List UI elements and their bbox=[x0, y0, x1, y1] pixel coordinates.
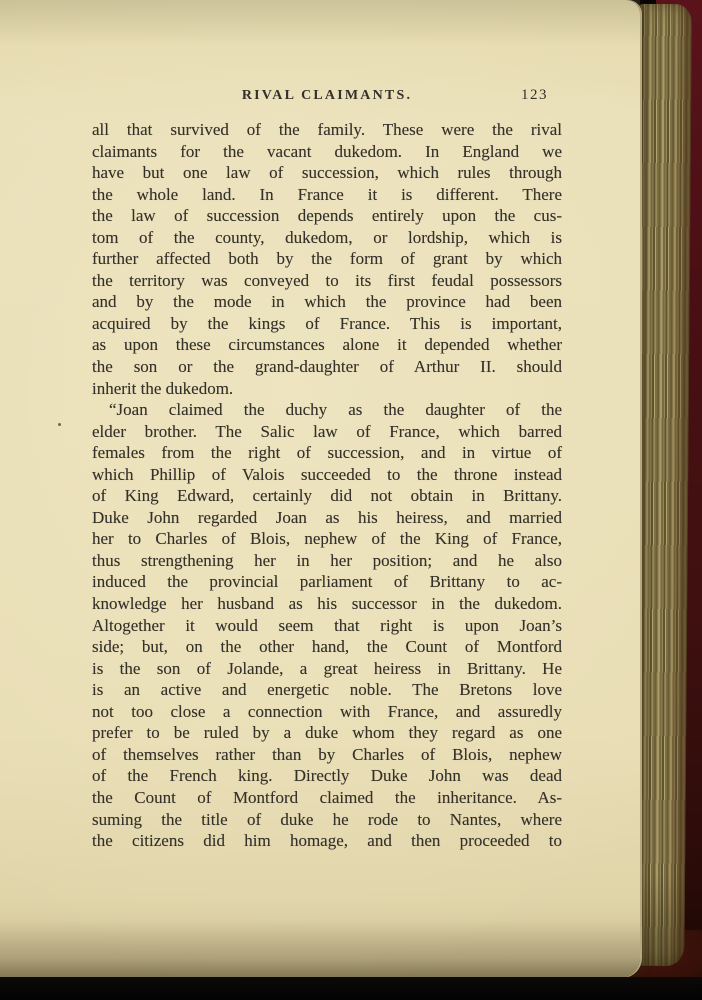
text-line: inherit the dukedom. bbox=[92, 378, 562, 400]
text-line: side; but, on the other hand, the Count … bbox=[92, 636, 562, 658]
text-line: further affected both by the form of gra… bbox=[92, 248, 562, 270]
text-line: the law of succession depends entirely u… bbox=[92, 205, 562, 227]
page-number: 123 bbox=[521, 87, 548, 104]
text-line: is the son of Jolande, a great heiress i… bbox=[92, 658, 562, 680]
page-top-shadow bbox=[0, 0, 640, 46]
text-line: her to Charles of Blois, nephew of the K… bbox=[92, 528, 562, 550]
page-bottom-shadow bbox=[0, 920, 640, 978]
text-line: acquired by the kings of France. This is… bbox=[92, 313, 562, 335]
running-header: RIVAL CLAIMANTS. 123 bbox=[92, 88, 562, 104]
photo-bottom-band bbox=[0, 977, 702, 1000]
text-line: is an active and energetic noble. The Br… bbox=[92, 679, 562, 701]
text-line: as upon these circumstances alone it dep… bbox=[92, 334, 562, 356]
text-line: Duke John regarded Joan as his heiress, … bbox=[92, 507, 562, 529]
chapter-header-title: RIVAL CLAIMANTS. bbox=[92, 88, 562, 104]
text-line: of King Edward, certainly did not obtain… bbox=[92, 485, 562, 507]
book-photo: RIVAL CLAIMANTS. 123 all that survived o… bbox=[0, 0, 702, 1000]
text-line: tom of the county, dukedom, or lordship,… bbox=[92, 227, 562, 249]
text-line: Altogether it would seem that right is u… bbox=[92, 615, 562, 637]
text-line: all that survived of the family. These w… bbox=[92, 119, 562, 141]
book-page: RIVAL CLAIMANTS. 123 all that survived o… bbox=[0, 0, 640, 978]
text-line: prefer to be ruled by a duke whom they r… bbox=[92, 722, 562, 744]
text-line: the whole land. In France it is differen… bbox=[92, 184, 562, 206]
text-line: “Joan claimed the duchy as the daughter … bbox=[92, 399, 562, 421]
text-line: thus strengthening her in her position; … bbox=[92, 550, 562, 572]
text-line: elder brother. The Salic law of France, … bbox=[92, 421, 562, 443]
text-line: suming the title of duke he rode to Nant… bbox=[92, 809, 562, 831]
page-text-column: all that survived of the family. These w… bbox=[92, 119, 562, 852]
text-line: and by the mode in which the province ha… bbox=[92, 291, 562, 313]
text-line: claimants for the vacant dukedom. In Eng… bbox=[92, 141, 562, 163]
text-line: of the French king. Directly Duke John w… bbox=[92, 765, 562, 787]
text-line: the citizens did him homage, and then pr… bbox=[92, 830, 562, 852]
text-line: of themselves rather than by Charles of … bbox=[92, 744, 562, 766]
text-line: the son or the grand-daughter of Arthur … bbox=[92, 356, 562, 378]
ink-speck bbox=[58, 423, 61, 426]
text-line: knowledge her husband as his successor i… bbox=[92, 593, 562, 615]
text-line: the territory was conveyed to its first … bbox=[92, 270, 562, 292]
text-line: induced the provincial parliament of Bri… bbox=[92, 571, 562, 593]
text-line: the Count of Montford claimed the inheri… bbox=[92, 787, 562, 809]
text-line: not too close a connection with France, … bbox=[92, 701, 562, 723]
text-line: females from the right of succession, an… bbox=[92, 442, 562, 464]
text-line: which Phillip of Valois succeeded to the… bbox=[92, 464, 562, 486]
text-line: have but one law of succession, which ru… bbox=[92, 162, 562, 184]
